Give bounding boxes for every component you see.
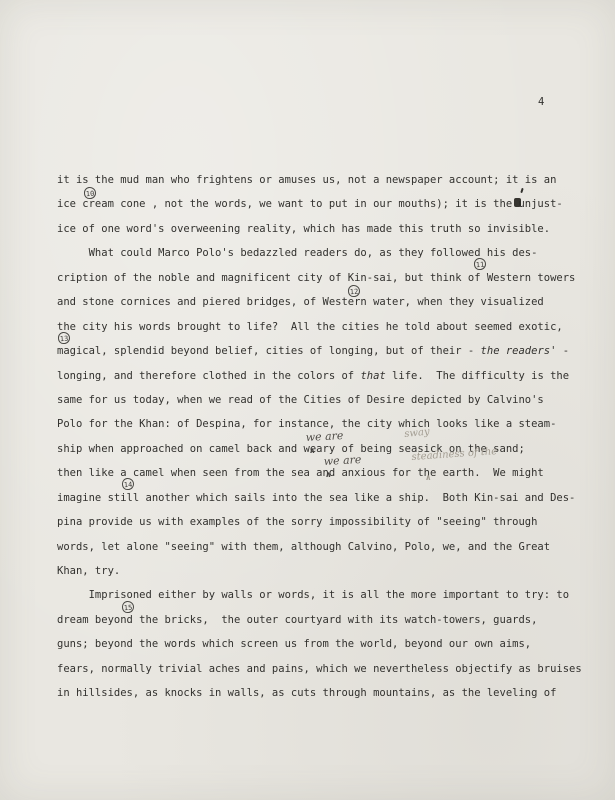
typescript-line: Khan, try.: [57, 559, 569, 583]
typescript-segment: imagine still another which sails into t…: [57, 492, 575, 504]
typescript-segment: fears, normally trivial aches and pains,…: [57, 663, 582, 675]
typescript-segment: and stone cornices and piered bridges, o…: [57, 296, 544, 308]
typescript-segment: ice of one word's overweening reality, w…: [57, 223, 550, 235]
typescript-line: pina provide us with examples of the sor…: [57, 510, 569, 534]
typescript-line: same for us today, when we read of the C…: [57, 388, 569, 412]
typescript-segment: ice cream cone , not the words, we want …: [57, 198, 563, 210]
typescript-line: and stone cornices and piered bridges, o…: [57, 290, 569, 314]
typescript-line: imagine still another which sails into t…: [57, 486, 569, 510]
typescript-line: ice of one word's overweening reality, w…: [57, 217, 569, 241]
typescript-segment: then like a camel when seen from the sea…: [57, 467, 544, 479]
typescript-segment: What could Marco Polo's bedazzled reader…: [57, 247, 537, 259]
typescript-line: fears, normally trivial aches and pains,…: [57, 657, 569, 681]
typescript-segment: in hillsides, as knocks in walls, as cut…: [57, 687, 556, 699]
typescript-line: guns; beyond the words which screen us f…: [57, 632, 569, 656]
typescript-line: ship when approached on camel back and w…: [57, 437, 569, 461]
typescript-segment: the city his words brought to life? All …: [57, 321, 563, 333]
typescript-segment: Polo for the Khan: of Despina, for insta…: [57, 418, 556, 430]
typescript-segment: life. The difficulty is the: [386, 370, 569, 382]
typescript-segment: same for us today, when we read of the C…: [57, 394, 544, 406]
typescript-italic-segment: that: [360, 370, 385, 382]
typescript-text: it is the mud man who frightens or amuse…: [57, 168, 569, 706]
typescript-segment: pina provide us with examples of the sor…: [57, 516, 537, 528]
typescript-segment: it is the mud man who frightens or amuse…: [57, 174, 556, 186]
typescript-segment: Imprisoned either by walls or words, it …: [57, 589, 569, 601]
typescript-segment: ship when approached on camel back and w…: [57, 443, 525, 455]
typescript-line: Polo for the Khan: of Despina, for insta…: [57, 412, 569, 436]
typescript-segment: -: [556, 345, 569, 357]
typescript-segment: Khan, try.: [57, 565, 120, 577]
typescript-line: What could Marco Polo's bedazzled reader…: [57, 241, 569, 265]
typescript-line: words, let alone "seeing" with them, alt…: [57, 535, 569, 559]
typescript-line: the city his words brought to life? All …: [57, 315, 569, 339]
scanned-typescript-page: 4 it is the mud man who frightens or amu…: [0, 0, 615, 800]
typescript-italic-segment: the readers': [481, 345, 557, 357]
typescript-line: longing, and therefore clothed in the co…: [57, 364, 569, 388]
typescript-line: Imprisoned either by walls or words, it …: [57, 583, 569, 607]
typescript-segment: words, let alone "seeing" with them, alt…: [57, 541, 550, 553]
typescript-segment: magical, splendid beyond belief, cities …: [57, 345, 481, 357]
typescript-line: ice cream cone , not the words, we want …: [57, 192, 569, 216]
typescript-line: in hillsides, as knocks in walls, as cut…: [57, 681, 569, 705]
typescript-line: it is the mud man who frightens or amuse…: [57, 168, 569, 192]
typescript-segment: dream beyond the bricks, the outer court…: [57, 614, 537, 626]
typescript-segment: longing, and therefore clothed in the co…: [57, 370, 360, 382]
typescript-segment: guns; beyond the words which screen us f…: [57, 638, 531, 650]
typescript-line: then like a camel when seen from the sea…: [57, 461, 569, 485]
typescript-segment: cription of the noble and magnificent ci…: [57, 272, 575, 284]
typescript-line: cription of the noble and magnificent ci…: [57, 266, 569, 290]
typescript-line: dream beyond the bricks, the outer court…: [57, 608, 569, 632]
page-number: 4: [538, 96, 544, 108]
typescript-line: magical, splendid beyond belief, cities …: [57, 339, 569, 363]
